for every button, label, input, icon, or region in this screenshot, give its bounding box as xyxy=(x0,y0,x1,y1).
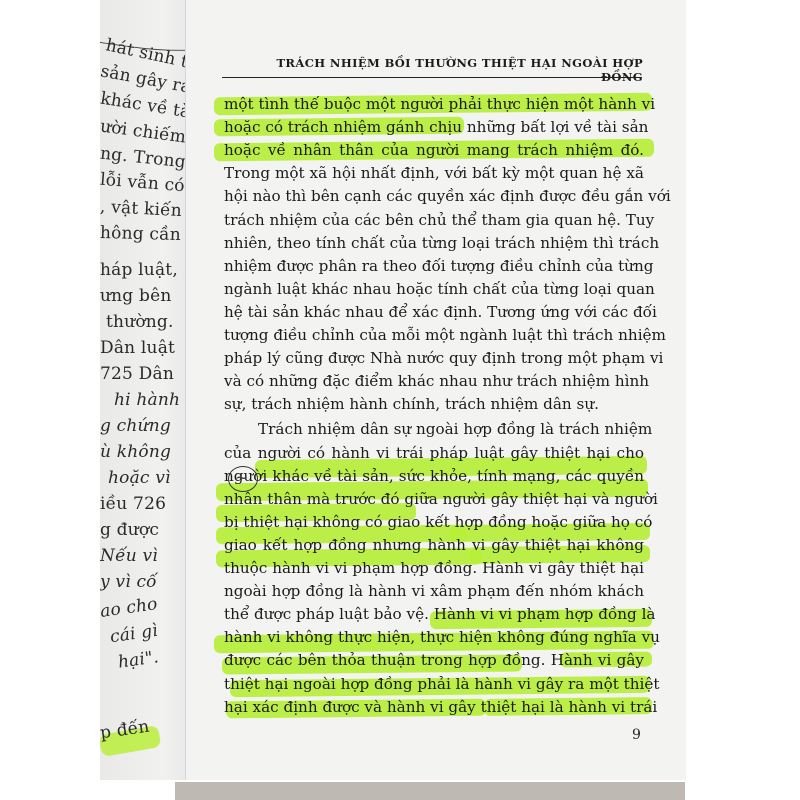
left-page-text-fragment: Dân luật xyxy=(100,338,175,358)
text-line: Trách nhiệm dân sự ngoài hợp đồng là trá… xyxy=(258,418,644,440)
left-page-text-fragment: ù không xyxy=(100,442,171,462)
bottom-edge xyxy=(0,780,800,800)
left-page-text-fragment: hông cần xyxy=(100,223,181,245)
left-page-text-fragment: hi hành xyxy=(114,390,180,410)
text-line: hoặc có trách nhiệm gánh chịu những bất … xyxy=(224,116,644,138)
text-line: hệ tài sản khác nhau để xác định. Tương … xyxy=(224,301,644,323)
left-page-text-fragment: cái gì xyxy=(109,621,159,647)
text-line: hội nào thì bên cạnh các quyền xác định … xyxy=(224,185,644,207)
left-page-text-fragment: ao cho xyxy=(100,594,159,622)
text-line: giao kết hợp đồng nhưng hành vi gây thiệ… xyxy=(224,534,644,556)
text-line: một tình thế buộc một người phải thực hi… xyxy=(224,93,644,115)
header-rule xyxy=(222,77,642,78)
text-line: thuộc hành vi vi phạm hợp đồng. Hành vi … xyxy=(224,557,644,579)
text-line: ngành luật khác nhau hoặc tính chất của … xyxy=(224,278,644,300)
text-line: trách nhiệm của các bên chủ thể tham gia… xyxy=(224,209,644,231)
page-number: 9 xyxy=(632,727,641,743)
left-page-text-fragment: y vì cố xyxy=(100,572,157,592)
text-line: ngoài hợp đồng là hành vi xâm phạm đến n… xyxy=(224,580,644,602)
handwritten-circle-mark: ~ xyxy=(228,466,258,492)
text-line: nhiệm được phân ra theo đối tượng điều c… xyxy=(224,255,644,277)
text-line: của người có hành vi trái pháp luật gây … xyxy=(224,442,644,464)
text-line: tượng điều chỉnh của mỗi một ngành luật … xyxy=(224,324,644,346)
text-line: thiệt hại ngoài hợp đồng phải là hành vi… xyxy=(224,673,644,695)
text-line: Trong một xã hội nhất định, với bất kỳ m… xyxy=(224,162,644,184)
left-page-text-fragment: iều 726 xyxy=(100,494,166,514)
left-page-text-fragment: háp luật, xyxy=(100,260,178,280)
text-line: và có những đặc điểm khác nhau như trách… xyxy=(224,370,644,392)
left-page-text-fragment: g được xyxy=(100,520,159,540)
left-page-text-fragment: g chứng xyxy=(100,416,171,436)
left-page-text-fragment: thường. xyxy=(106,312,174,332)
text-line: được các bên thỏa thuận trong hợp đồng. … xyxy=(224,649,644,671)
left-page-text-fragment: ng. Trong xyxy=(100,144,187,173)
left-page-text-fragment: ười chiếm xyxy=(100,116,187,147)
text-line: hành vi không thực hiện, thực hiện không… xyxy=(224,626,644,648)
left-page-text-fragment: , vật kiến xyxy=(100,197,182,221)
left-page-text-fragment: 725 Dân xyxy=(100,364,174,384)
left-page-text-fragment: Nếu vì xyxy=(100,546,158,566)
running-header: TRÁCH NHIỆM BỒI THƯỜNG THIỆT HẠI NGOÀI H… xyxy=(275,56,643,84)
left-page-text-fragment: ưng bên xyxy=(100,286,171,306)
left-page-text-fragment: hại". xyxy=(117,647,160,672)
left-page-text-fragment: hoặc vì xyxy=(108,468,171,488)
text-line: nhân thân mà trước đó giữa người gây thi… xyxy=(224,488,644,510)
left-page-text-fragment: lỗi vẫn có xyxy=(100,170,185,197)
text-line: thể được pháp luật bảo vệ. Hành vi vi ph… xyxy=(224,603,644,625)
text-line: nhiên, theo tính chất của từng loại trác… xyxy=(224,232,644,254)
text-line: bị thiệt hại không có giao kết hợp đồng … xyxy=(224,511,644,533)
text-line: người khác về tài sản, sức khỏe, tính mạ… xyxy=(224,465,644,487)
text-line: hại xác định được và hành vi gây thiệt h… xyxy=(224,696,644,718)
text-line: hoặc về nhân thân của người mang trách n… xyxy=(224,139,644,161)
text-line: pháp lý cũng được Nhà nước quy định tron… xyxy=(224,347,644,369)
text-line: sự, trách nhiệm hành chính, trách nhiệm … xyxy=(224,393,644,415)
